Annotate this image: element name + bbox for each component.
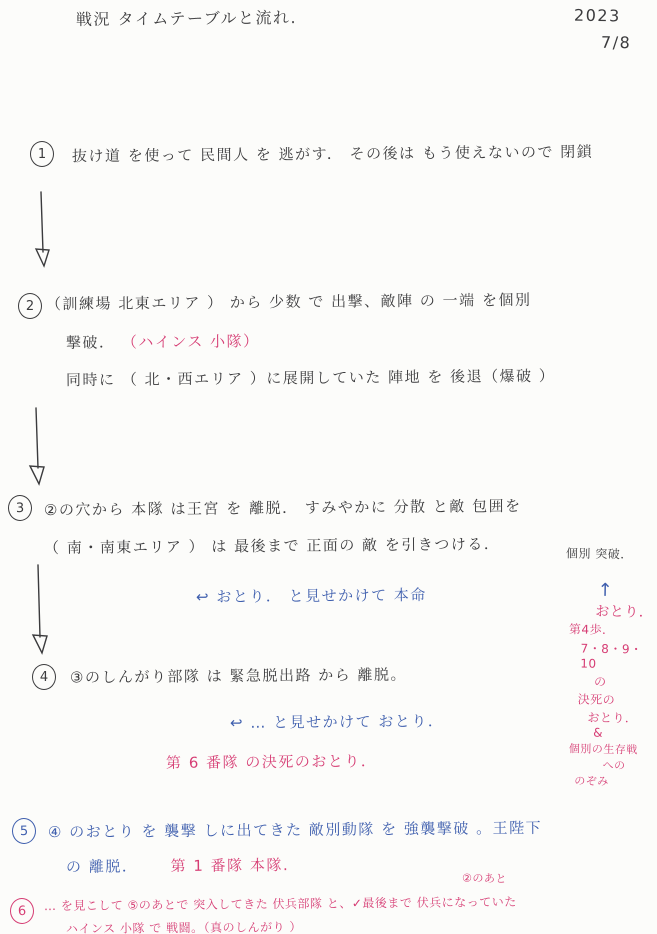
up-arrow-icon: ↑ <box>597 580 657 602</box>
step-3-margin-annotations: ↑ おとり． 第4歩． 7・8・9・10 の 決死の おとり． & 個別の生存戦… <box>564 579 657 790</box>
margin-note-otori-2: おとり． <box>587 709 656 727</box>
step-5-number-label: 5 <box>20 823 29 838</box>
step-4-line-1: ③のしんがり部隊 は 緊急脱出路 から 離脱。 <box>70 665 407 688</box>
step-2-number-label: 2 <box>26 299 34 314</box>
flow-arrow-down-icon <box>24 408 54 488</box>
step-2-line-1: （訓練場 北東エリア ） から 少数 で 出撃、敵陣 の 一端 を個別 <box>46 290 532 314</box>
step-2-line-2: 撃破． （ハインス 小隊） <box>66 331 260 353</box>
date-year: 2023 <box>574 5 621 27</box>
step-2-line-2-black: 撃破． <box>66 333 116 351</box>
step-3-blue-note: ↩ おとり． と見せかけて 本命 <box>196 585 427 607</box>
step-5-line-2: の 離脱． 第 1 番隊 本隊. <box>66 855 289 877</box>
step-4-blue-note-text: … と見せかけて おとり． <box>250 712 444 732</box>
flow-arrow-down-icon <box>28 192 58 270</box>
step-6-number-label: 6 <box>18 903 27 918</box>
step-6-line-1: … を見こして ⑤のあとで 突入してきた 伏兵部隊 と、✓最後まで 伏兵になって… <box>44 894 517 914</box>
step-6-number: 6 <box>10 898 35 924</box>
step-3-number-label: 3 <box>16 500 25 515</box>
step-5-number: 5 <box>12 818 37 844</box>
flow-arrow-down-icon <box>26 565 56 657</box>
step-1-number-label: 1 <box>38 147 46 162</box>
step-4-red-note: 第 6 番隊 の決死のおとり． <box>166 751 378 773</box>
step-1-text: 抜け道 を使って 民間人 を 逃がす． その後は もう使えないので 閉鎖 <box>72 142 593 167</box>
margin-note-and: & <box>593 726 656 741</box>
step-3-line-1-wrap: 個別 突破． <box>566 545 633 562</box>
step-5-line-2-blue: の 離脱． <box>66 857 138 876</box>
step-3-blue-note-text: おとり． と見せかけて 本命 <box>216 586 427 606</box>
step-2-line-3: 同時に （ 北・西エリア ）に展開していた 陣地 を 後退（爆破 ） <box>66 366 556 391</box>
step-6-line-2: ハインス 小隊 で 戦闘。（真のしんがり ） <box>66 919 302 934</box>
margin-note-dai4: 第4歩． <box>569 620 657 639</box>
margin-note-no: の <box>594 673 657 691</box>
step-6-line-1b: 最後まで 伏兵になっていた <box>362 895 516 910</box>
left-hook-arrow-icon: ↩ <box>230 714 244 732</box>
date-day: 7/8 <box>601 32 632 54</box>
step-5-line-2-red: 第 1 番隊 本隊. <box>170 856 289 875</box>
margin-note-eno: への <box>602 757 655 774</box>
step-2-line-2-red-note: （ハインス 小隊） <box>122 332 260 351</box>
step-4-blue-note: ↩ … と見せかけて おとり． <box>230 711 445 733</box>
page-title: 戦況 タイムテーブルと流れ. <box>76 7 297 31</box>
step-5-line-1: ④ のおとり を 襲撃 しに出てきた 敵別動隊 を 強襲撃破 。王陛下 <box>48 818 542 843</box>
margin-note-7-8-9-10: 7・8・9・10 <box>580 639 657 671</box>
margin-note-kesshi: 決死の <box>578 690 657 708</box>
margin-note-kobetsu: 個別の生存戦 <box>569 740 656 758</box>
step-3-number: 3 <box>8 495 33 521</box>
margin-note-otori: おとり． <box>595 601 657 622</box>
left-hook-arrow-icon: ↩ <box>196 588 210 606</box>
margin-note-nozomi: のぞみ <box>574 772 655 789</box>
step-2-number: 2 <box>18 293 42 319</box>
step-3-line-1: ②の穴から 本隊 は王宮 を 離脱． すみやかに 分散 と敵 包囲を <box>44 496 522 520</box>
step-1-number: 1 <box>30 141 54 167</box>
handwritten-note-page: 戦況 タイムテーブルと流れ. 2023 7/8 1 抜け道 を使って 民間人 を… <box>0 0 657 934</box>
check-icon: ✓ <box>352 896 363 910</box>
step-6-line-1a: … を見こして ⑤のあとで 突入してきた 伏兵部隊 と、 <box>44 896 352 913</box>
step-4-number-label: 4 <box>40 670 48 685</box>
step-6-insert-note: ②のあと <box>462 872 507 888</box>
step-3-line-2: （ 南・南東エリア ） は 最後まで 正面の 敵 を引きつける． <box>44 534 501 558</box>
step-4-number: 4 <box>32 664 56 690</box>
